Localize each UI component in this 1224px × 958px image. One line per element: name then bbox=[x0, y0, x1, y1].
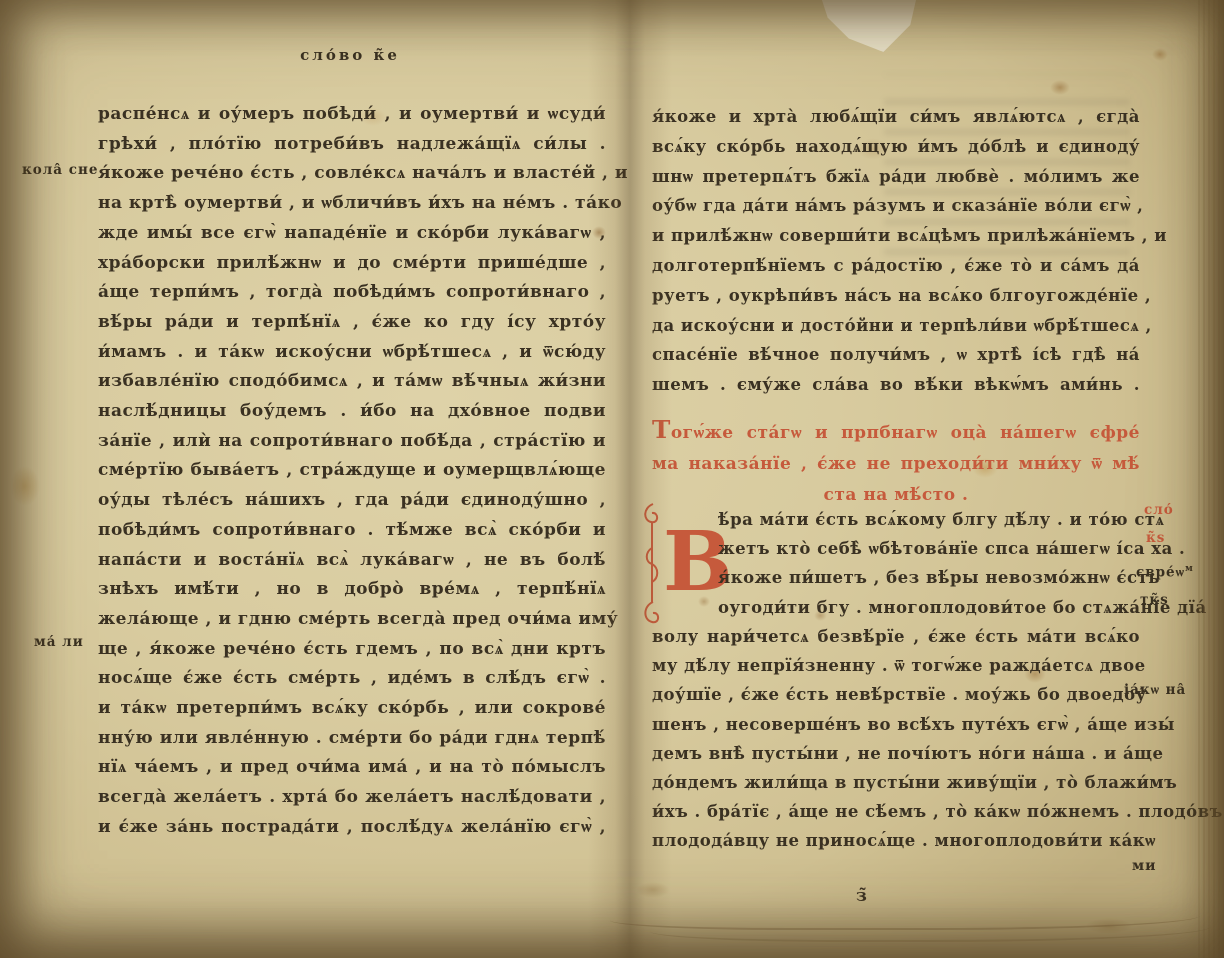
left-page-running-title: сло́во к̃е bbox=[250, 46, 450, 64]
text-line: ще , я́коже рече́но є́сть гдемъ , по всѧ… bbox=[98, 635, 606, 665]
text-line: знѣхъ имѣ́ти , но в добро̀ вре́мѧ , терп… bbox=[98, 575, 606, 605]
text-line: долготерпѣ́нїемъ с ра́достїю , є́же то̀ … bbox=[652, 251, 1140, 281]
text-line: я́коже рече́но є́сть , совле́ксѧ нача́лъ… bbox=[98, 159, 606, 189]
margin-note-hebrews: євре́ѡм bbox=[1136, 564, 1193, 581]
text-line: наслѣ́дницы боу́демъ . и́бо на дхо́вное … bbox=[98, 397, 606, 427]
stain bbox=[1050, 80, 1070, 95]
margin-note-matthew: ма́ ли bbox=[34, 634, 84, 650]
margin-note-slovo-number: к̃ѕ bbox=[1146, 530, 1165, 546]
text-line: я́коже пи́шетъ , без вѣ́ры невозмо́жнѡ є… bbox=[718, 563, 1140, 592]
rubric-heading: Тогѡ́же ста́гѡ и прпбнагѡ оца̀ на́шегѡ є… bbox=[652, 414, 1140, 511]
text-line: доу́шїе , є́же є́сть невѣ́рствїе . моу́ж… bbox=[652, 680, 1140, 709]
page-edge-line bbox=[610, 898, 1200, 930]
text-line: грѣхи́ , пло́тїю потреби́въ надлежа́щїѧ … bbox=[98, 130, 606, 160]
text-line: шнѡ претерпѧ́тъ бжїѧ ра́ди любвѐ . мо́ли… bbox=[652, 162, 1140, 192]
text-line: оу́ды тѣле́съ на́шихъ , гда ра́ди єдинод… bbox=[98, 486, 606, 516]
text-line: распе́нсѧ и оу́меръ побѣди́ , и оумертви… bbox=[98, 100, 606, 130]
text-line: плодода́вцу не приносѧ́ще . многоплодови… bbox=[652, 826, 1140, 855]
text-line: шенъ , несоверше́нъ во всѣ́хъ путе́хъ єг… bbox=[652, 710, 1140, 739]
text-line: жетъ кто̀ себѣ̀ ѡбѣтова́нїе спса на́шегѡ… bbox=[718, 534, 1140, 563]
text-line: шемъ . єму́же сла́ва во вѣ́ки вѣкѡ́мъ ам… bbox=[652, 370, 1140, 400]
stain bbox=[636, 882, 670, 898]
text-line: избавле́нїю сподо́бимсѧ , и та́мѡ вѣ́чны… bbox=[98, 367, 606, 397]
text-line: напа́сти и воста́нїѧ всѧ̀ лука́вагѡ , не… bbox=[98, 546, 606, 576]
right-page-paragraph-beside-initial: ѣ́ра ма́ти є́сть всѧ́кому блгу дѣ́лу . и… bbox=[718, 505, 1140, 622]
margin-note-slovo-label: сло́ bbox=[1144, 502, 1174, 518]
text-line: и прилѣ́жнѡ соверши́ти всѧ́цѣмъ прилѣжа́… bbox=[652, 221, 1140, 251]
text-line: да искоу́сни и досто́йни и терпѣли́ви ѡб… bbox=[652, 311, 1140, 341]
text-line: за́нїе , илѝ на сопроти́внаго побѣ́да , … bbox=[98, 427, 606, 457]
right-page-text-block-top: я́коже и хрта̀ любѧ́щїи си́мъ явлѧ́ютсѧ … bbox=[652, 102, 1140, 400]
initial-flourish-icon bbox=[639, 498, 665, 628]
text-line: Тогѡ́же ста́гѡ и прпбнагѡ оца̀ на́шегѡ є… bbox=[652, 414, 1140, 449]
text-line: ѣ́ра ма́ти є́сть всѧ́кому блгу дѣ́лу . и… bbox=[718, 505, 1140, 534]
text-line: оу́бѡ гда да́ти на́мъ ра́зумъ и сказа́нї… bbox=[652, 191, 1140, 221]
stain bbox=[10, 466, 40, 506]
left-page-text-block: распе́нсѧ и оу́меръ побѣди́ , и оумертви… bbox=[98, 100, 606, 843]
text-line: оугоди́ти бгу . многоплодови́тое бо стѧж… bbox=[718, 593, 1140, 622]
text-line: хра́борски прилѣ́жнѡ и до сме́рти прише́… bbox=[98, 249, 606, 279]
text-line: жела́юще , и гдню сме́рть всегда̀ пред о… bbox=[98, 605, 606, 635]
text-line: демъ внѣ̀ пусты́ни , не почі́ютъ но́ги н… bbox=[652, 739, 1140, 768]
text-line: всегда̀ жела́етъ . хрта́ бо жела́етъ нас… bbox=[98, 783, 606, 813]
text-line: вѣ́ры ра́ди и терпѣ́нїѧ , є́же ко гду і́… bbox=[98, 308, 606, 338]
text-line: побѣди́мъ сопроти́внаго . тѣ́мже всѧ̀ ск… bbox=[98, 516, 606, 546]
text-line: и та́кѡ претерпи́мъ всѧ́ку ско́рбь , или… bbox=[98, 694, 606, 724]
text-line: всѧ́ку ско́рбь находѧ́щую и́мъ до́блѣ и … bbox=[652, 132, 1140, 162]
text-line: носѧ́ще є́же є́сть сме́рть , иде́мъ в сл… bbox=[98, 664, 606, 694]
torn-paper-patch bbox=[820, 0, 916, 52]
ornate-initial: В bbox=[645, 498, 711, 628]
page-edge-line bbox=[650, 912, 1210, 942]
text-line: ма наказа́нїе , є́же не преходи́ти мни́х… bbox=[652, 449, 1140, 480]
right-page-paragraph-full: волу нари́четсѧ безвѣ́рїе , є́же є́сть м… bbox=[652, 622, 1140, 856]
text-line: волу нари́четсѧ безвѣ́рїе , є́же є́сть м… bbox=[652, 622, 1140, 651]
text-line: му дѣ́лу непрїя́зненну . ѿ тогѡ́же ражда… bbox=[652, 651, 1140, 680]
text-line: на кртѣ̀ оумертви́ , и ѡбличи́въ и́хъ на… bbox=[98, 189, 606, 219]
text-line: я́коже и хрта̀ любѧ́щїи си́мъ явлѧ́ютсѧ … bbox=[652, 102, 1140, 132]
text-line: и́хъ . бра́тїє , а́ще не сѣ́емъ , то̀ ка… bbox=[652, 797, 1140, 826]
margin-note-colossians: кола̂ сне bbox=[22, 162, 98, 178]
text-line: и є́же за́нь пострада́ти , послѣ́дуѧ жел… bbox=[98, 813, 606, 843]
stain bbox=[1086, 918, 1132, 934]
open-book-spread: сло́во к̃е распе́нсѧ и оу́меръ побѣди́ ,… bbox=[0, 0, 1224, 958]
quire-signature-mark: з̃ bbox=[856, 886, 867, 906]
text-line: нїѧ ча́емъ , и пред очи́ма има́ , и на т… bbox=[98, 753, 606, 783]
margin-note-hebrews-number: тк̃ѕ bbox=[1140, 592, 1169, 608]
text-line: и́мамъ . и та́кѡ искоу́сни ѡбрѣ́тшесѧ , … bbox=[98, 338, 606, 368]
folio-number: ми bbox=[1132, 858, 1157, 874]
margin-note-james: іа́кѡ на̂ bbox=[1124, 682, 1186, 698]
text-line: спасе́нїе вѣ́чное получи́мъ , ѡ хртѣ̀ і́… bbox=[652, 340, 1140, 370]
text-line: руетъ , оукрѣпи́въ на́съ на всѧ́ко блгоу… bbox=[652, 281, 1140, 311]
text-line: сме́ртїю быва́етъ , стра́ждуще и оумерщв… bbox=[98, 456, 606, 486]
text-line: нну́ю или явле́нную . сме́рти бо ра́ди г… bbox=[98, 724, 606, 754]
text-line: до́ндемъ жили́ща в пусты́ни живу́щїи , т… bbox=[652, 768, 1140, 797]
text-line: жде имы́ все єгѡ̀ нападе́нїе и ско́рби л… bbox=[98, 219, 606, 249]
margin-note-hebrews-superscript: м bbox=[1185, 564, 1193, 574]
stain bbox=[1152, 48, 1168, 61]
margin-note-hebrews-base: євре́ѡ bbox=[1136, 565, 1185, 581]
text-line: а́ще терпи́мъ , тогда̀ побѣди́мъ сопроти… bbox=[98, 278, 606, 308]
